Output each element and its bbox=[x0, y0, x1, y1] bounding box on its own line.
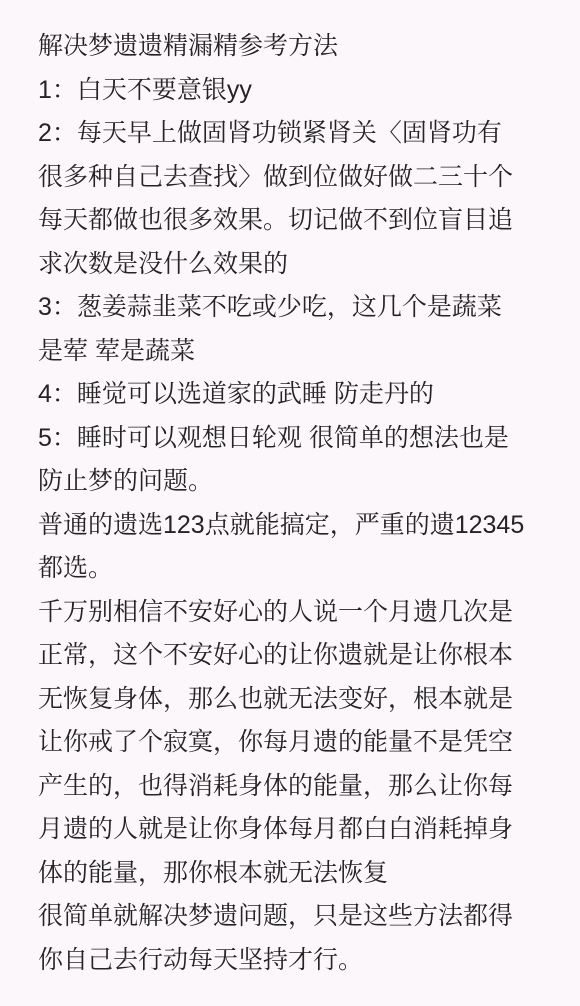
document-title: 解决梦遗遗精漏精参考方法 bbox=[38, 25, 566, 69]
text-line: 产生的，也得消耗身体的能量，那么让你每 bbox=[38, 765, 566, 809]
text-line: 是荤 荤是蔬菜 bbox=[38, 330, 566, 374]
text-document: 解决梦遗遗精漏精参考方法 1：白天不要意银yy 2：每天早上做固肾功锁紧肾关〈固… bbox=[0, 0, 580, 1006]
text-line: 月遗的人就是让你身体每月都白白消耗掉身 bbox=[38, 808, 566, 852]
text-line: 体的能量，那你根本就无法恢复 bbox=[38, 852, 566, 896]
text-line: 都选。 bbox=[38, 547, 566, 591]
text-line: 让你戒了个寂寞，你每月遗的能量不是凭空 bbox=[38, 721, 566, 765]
text-line: 3：葱姜蒜韭菜不吃或少吃，这几个是蔬菜 bbox=[38, 286, 566, 330]
text-line: 普通的遗选123点就能搞定，严重的遗12345 bbox=[38, 504, 566, 548]
text-line: 你自己去行动每天坚持才行。 bbox=[38, 939, 566, 983]
text-line: 正常，这个不安好心的让你遗就是让你根本 bbox=[38, 634, 566, 678]
text-line: 很多种自己去查找〉做到位做好做二三十个 bbox=[38, 156, 566, 200]
text-line: 每天都做也很多效果。切记做不到位盲目追 bbox=[38, 199, 566, 243]
text-line: 防止梦的问题。 bbox=[38, 460, 566, 504]
text-line: 千万别相信不安好心的人说一个月遗几次是 bbox=[38, 591, 566, 635]
text-line: 4：睡觉可以选道家的武睡 防走丹的 bbox=[38, 373, 566, 417]
text-line: 2：每天早上做固肾功锁紧肾关〈固肾功有 bbox=[38, 112, 566, 156]
text-line: 1：白天不要意银yy bbox=[38, 69, 566, 113]
text-line: 无恢复身体，那么也就无法变好，根本就是 bbox=[38, 678, 566, 722]
text-line: 很简单就解决梦遗问题，只是这些方法都得 bbox=[38, 895, 566, 939]
text-line: 5：睡时可以观想日轮观 很简单的想法也是 bbox=[38, 417, 566, 461]
text-line: 求次数是没什么效果的 bbox=[38, 243, 566, 287]
